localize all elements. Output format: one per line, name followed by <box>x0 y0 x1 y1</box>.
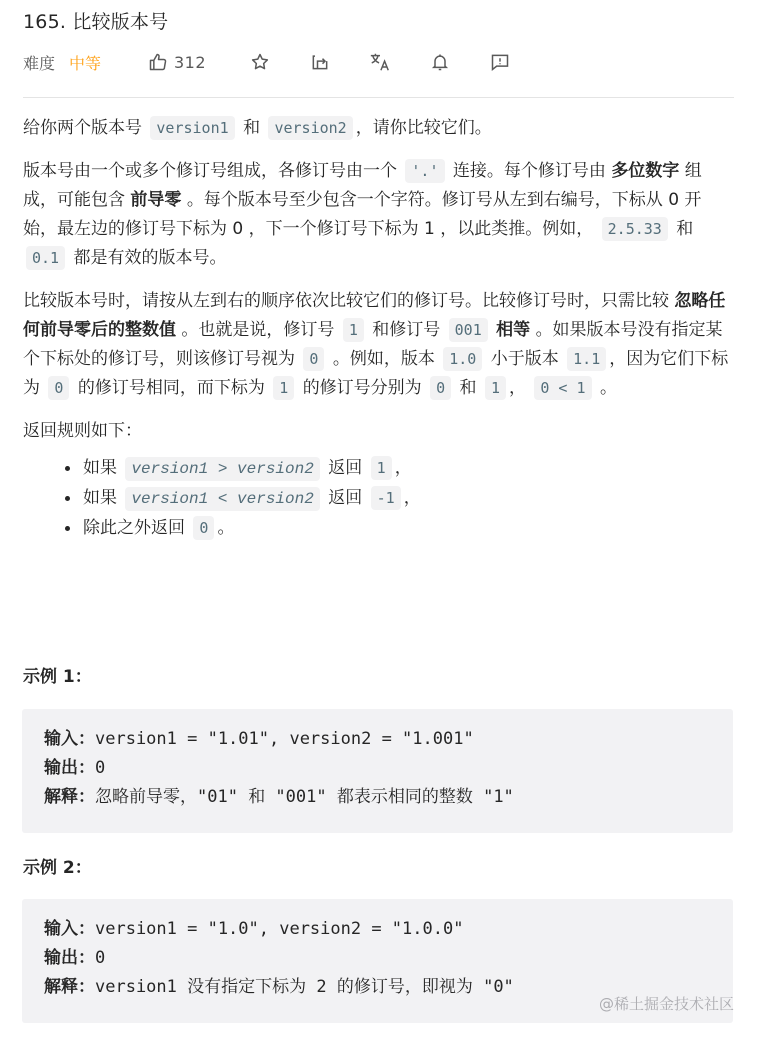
text: 返回 <box>328 488 362 508</box>
explain-text: "01" <box>197 787 248 807</box>
inline-code: 0 < 1 <box>534 376 591 400</box>
output-label: 输出： <box>44 948 95 968</box>
text: 。 <box>600 378 617 398</box>
inline-code: 0 <box>48 376 69 400</box>
example-explain-line: 解释：忽略前导零，"01" 和 "001" 都表示相同的整数 "1" <box>44 783 711 812</box>
text: 的修订号分别为 <box>303 378 422 398</box>
input-label: 输入： <box>44 729 95 749</box>
explain-text: "0" <box>473 977 514 997</box>
inline-code: 1.0 <box>443 347 482 371</box>
inline-code: version2 <box>268 116 352 140</box>
text: ， <box>395 458 412 478</box>
input-label: 输入： <box>44 919 95 939</box>
inline-code: 001 <box>449 318 488 342</box>
inline-code: 1.1 <box>567 347 606 371</box>
text: 和 <box>676 219 693 239</box>
watermark: @稀土掘金技术社区 <box>599 993 734 1014</box>
list-item: 如果 version1 > version2 返回 1， <box>63 454 735 484</box>
explain-text: version1 <box>95 977 187 997</box>
text: 比较版本号时，请按从左到右的顺序依次比较它们的修订号。比较修订号时，只需比较 <box>23 291 669 311</box>
description-paragraph: 比较版本号时，请按从左到右的顺序依次比较它们的修订号。比较修订号时，只需比较 忽… <box>23 287 735 403</box>
feedback-icon[interactable] <box>488 50 512 74</box>
text: 除此之外返回 <box>83 518 185 538</box>
like-button[interactable]: 312 <box>148 48 206 76</box>
inline-code: 0 <box>430 376 451 400</box>
example-output-line: 输出：0 <box>44 944 711 973</box>
text: 版本号由一个或多个修订号组成，各修订号由一个 <box>23 161 397 181</box>
rules-title: 返回规则如下： <box>23 417 735 446</box>
example-1-title: 示例 1： <box>23 662 92 687</box>
inline-code: -1 <box>371 486 401 510</box>
like-count: 312 <box>174 53 206 72</box>
inline-code: 1 <box>485 376 506 400</box>
text: 小于版本 <box>491 349 559 369</box>
translate-icon[interactable] <box>368 50 392 74</box>
thumbs-up-icon <box>148 52 168 72</box>
inline-code: 0.1 <box>26 246 65 270</box>
text: 。例如，版本 <box>333 349 435 369</box>
text: 都是有效的版本号。 <box>74 248 227 268</box>
bell-icon[interactable] <box>428 50 452 74</box>
share-icon[interactable] <box>308 50 332 74</box>
problem-meta-bar: 难度 中等 312 <box>23 48 743 76</box>
description-paragraph: 版本号由一个或多个修订号组成，各修订号由一个 '.' 连接。每个修订号由 多位数… <box>23 157 735 273</box>
inline-code: 0 <box>193 516 214 540</box>
explain-label: 解释： <box>44 787 95 807</box>
input-value: version1 = "1.0", version2 = "1.0.0" <box>95 919 463 939</box>
explain-text: 的修订号，即视为 <box>337 977 473 997</box>
text: 。也就是说，修订号 <box>181 320 334 340</box>
example-input-line: 输入：version1 = "1.01", version2 = "1.001" <box>44 725 711 754</box>
explain-text: 和 <box>248 787 265 807</box>
output-value: 0 <box>95 758 105 778</box>
bold-text: 前导零 <box>130 190 181 210</box>
explain-text: 都表示相同的整数 <box>337 787 473 807</box>
explain-text: 忽略前导零， <box>95 787 197 807</box>
text: 。每个版本号至少包含一个字符。修订号从左到右编号，下标从 0 开始，最左边的修订… <box>23 190 701 239</box>
text: 。 <box>217 518 234 538</box>
text: ， <box>509 378 526 398</box>
text: 如果 <box>83 488 117 508</box>
list-item: 除此之外返回 0。 <box>63 514 735 543</box>
difficulty-badge: 中等 <box>69 51 101 74</box>
text: 返回 <box>328 458 362 478</box>
inline-code: '.' <box>405 159 444 183</box>
problem-title: 165. 比较版本号 <box>23 8 168 36</box>
explain-text: 没有指定下标为 <box>187 977 306 997</box>
inline-code: 0 <box>303 347 324 371</box>
description-paragraph: 给你两个版本号 version1 和 version2，请你比较它们。 <box>23 114 735 143</box>
problem-description: 给你两个版本号 version1 和 version2，请你比较它们。 版本号由… <box>23 114 735 543</box>
inline-code: 1 <box>371 456 392 480</box>
text: 和修订号 <box>372 320 440 340</box>
header-divider <box>23 97 734 98</box>
inline-code: version1 > version2 <box>125 457 319 481</box>
star-icon[interactable] <box>248 50 272 74</box>
text: 和 <box>460 378 477 398</box>
text: 和 <box>243 118 260 138</box>
explain-text: 2 <box>306 977 337 997</box>
text: 给你两个版本号 <box>23 118 142 138</box>
text: 连接。每个修订号由 <box>453 161 606 181</box>
output-value: 0 <box>95 948 105 968</box>
example-1-codeblock: 输入：version1 = "1.01", version2 = "1.001"… <box>22 709 733 833</box>
inline-code: version1 < version2 <box>125 487 319 511</box>
difficulty-label: 难度 <box>23 51 55 74</box>
explain-text: "001" <box>265 787 337 807</box>
text: ， <box>404 488 421 508</box>
text: 的修订号相同，而下标为 <box>78 378 265 398</box>
list-item: 如果 version1 < version2 返回 -1， <box>63 484 735 514</box>
bold-text: 多位数字 <box>611 161 679 181</box>
input-value: version1 = "1.01", version2 = "1.001" <box>95 729 474 749</box>
text: 如果 <box>83 458 117 478</box>
example-2-title: 示例 2： <box>23 853 92 878</box>
bold-text: 相等 <box>496 320 530 340</box>
rules-list: 如果 version1 > version2 返回 1， 如果 version1… <box>63 454 735 543</box>
inline-code: 1 <box>343 318 364 342</box>
explain-label: 解释： <box>44 977 95 997</box>
inline-code: 1 <box>273 376 294 400</box>
example-output-line: 输出：0 <box>44 754 711 783</box>
text: ，请你比较它们。 <box>356 118 492 138</box>
explain-text: "1" <box>473 787 514 807</box>
output-label: 输出： <box>44 758 95 778</box>
example-input-line: 输入：version1 = "1.0", version2 = "1.0.0" <box>44 915 711 944</box>
inline-code: 2.5.33 <box>602 217 668 241</box>
inline-code: version1 <box>150 116 234 140</box>
